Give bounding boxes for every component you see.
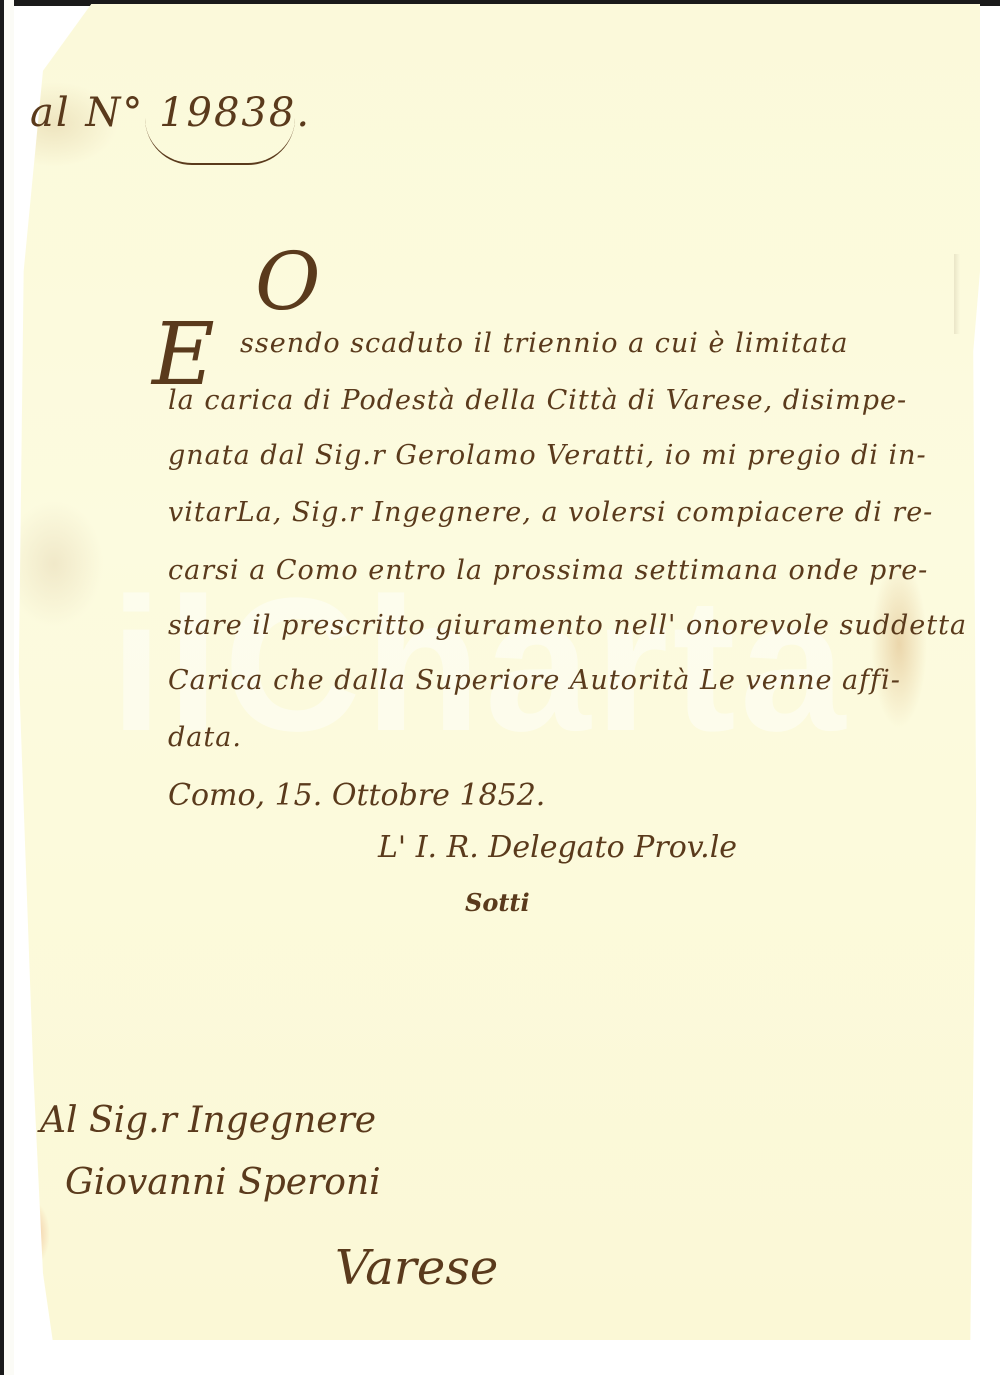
body-line-6: stare il prescritto giuramento nell' ono… (168, 610, 967, 641)
address-line-2: Giovanni Speroni (65, 1162, 381, 1203)
body-line-2: la carica di Podestà della Città di Vare… (168, 385, 907, 416)
signatory-title: L' I. R. Delegato Prov.le (378, 830, 737, 865)
signature: Sotti (465, 888, 530, 917)
body-line-5: carsi a Como entro la prossima settimana… (168, 555, 928, 586)
address-city: Varese (335, 1240, 498, 1296)
body-line-3: gnata dal Sig.r Gerolamo Veratti, io mi … (168, 440, 927, 471)
body-line-8: data. (168, 722, 242, 753)
body-line-1: ssendo scaduto il triennio a cui è limit… (240, 328, 848, 359)
scan-margin (4, 0, 14, 1375)
protocol-underline-flourish (145, 118, 295, 165)
date-line: Como, 15. Ottobre 1852. (168, 778, 545, 813)
opening-initial: O (255, 235, 321, 328)
address-line-1: Al Sig.r Ingegnere (40, 1100, 376, 1141)
paper-fold (954, 254, 960, 334)
body-line-7: Carica che dalla Superiore Autorità Le v… (168, 665, 901, 696)
body-line-4: vitarLa, Sig.r Ingegnere, a volersi comp… (168, 497, 933, 528)
